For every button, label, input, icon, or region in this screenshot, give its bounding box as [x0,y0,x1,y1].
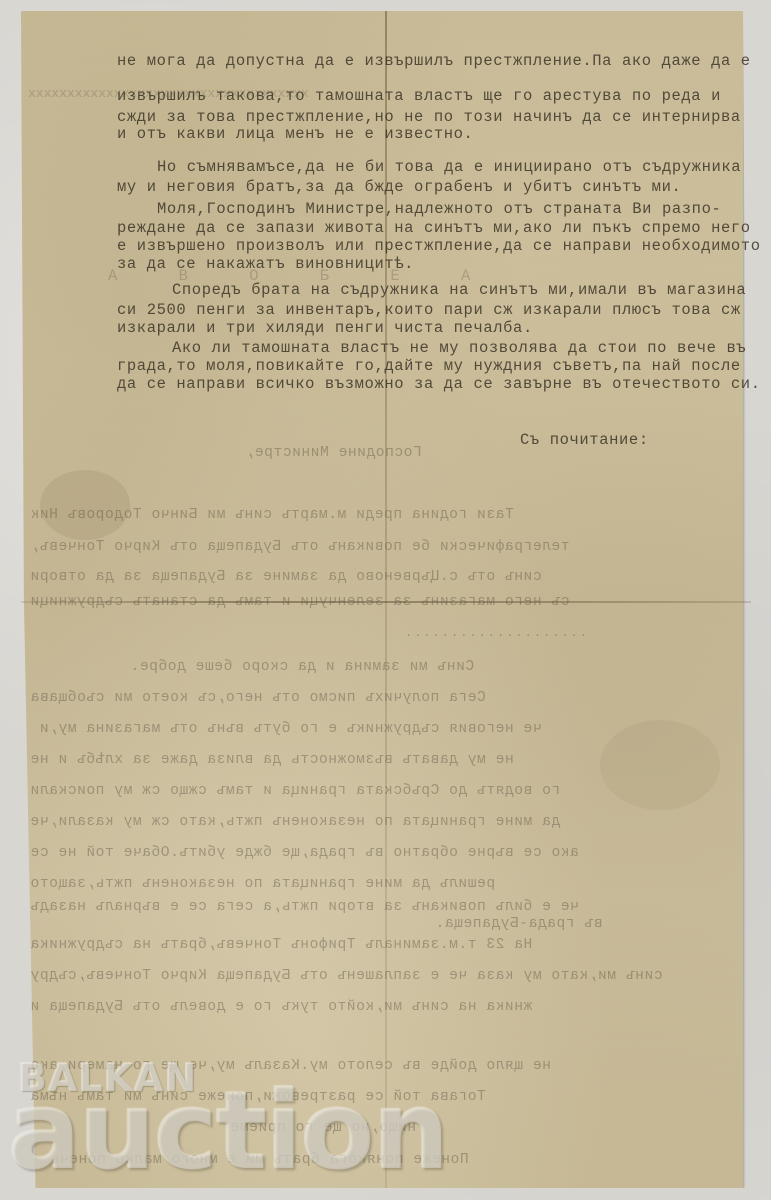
show-through-line: въ града-Будапеща. [435,916,602,932]
letter-line: Ако ли тамошната властъ не му позволява … [172,339,746,357]
watermark-auction: auction [8,1078,448,1186]
show-through-line: Тази година преди м.мартъ синъ ми Бинчо … [30,507,514,523]
letter-line: реждане да се запази живота на синътъ ми… [117,219,751,237]
show-through-line: ако се върне обратно въ града,ще бжде уб… [30,845,579,861]
letter-line: си 2500 пенги за инвентаръ,които пари сж… [117,301,741,319]
show-through-line: го водятъ до Сръбската граница и тамъ сж… [30,783,560,799]
show-through-line: На 23 т.м.заминалъ Трифонъ Тончевъ,братъ… [30,937,532,953]
letter-line: да се направи всичко възможно за да се з… [117,375,761,393]
dotted-line: .................... [405,626,589,640]
closing-salutation: Съ почитание: [520,431,649,449]
letter-line: Споредъ брата на съдружника на синътъ ми… [172,281,746,299]
show-through-line: Синъ ми замина и да скоро беше добре. [130,659,474,675]
letter-line: изкарали и три хиляди пенги чиста печалб… [117,319,533,337]
letter-line: извършилъ такова,то тамошната властъ ще … [117,87,721,105]
letter-line: е извършено произволъ или престжпление,д… [117,237,761,255]
show-through-line: че неговия съдружникъ е го бутъ вънъ отъ… [30,721,542,737]
show-through-line: да мине границата по незаконенъ пжть,кат… [30,814,560,830]
show-through-line: жника на синъ ми,който тукъ го е довелъ … [30,999,532,1015]
letter-line: Моля,Господинъ Министре,надлежното отъ с… [157,200,721,218]
show-through-line: решилъ да мине границата по незаконенъ п… [30,876,495,892]
letter-line: сжди за това престжпление,но не по този … [117,108,741,126]
letter-line: не мога да допустна да е извършилъ прест… [117,52,751,70]
letter-line: Но съмнявамъсе,да не би това да е иниции… [157,158,741,176]
show-through-line: не му даватъ възможность да влиза даже з… [30,752,514,768]
show-through-line: съ него магазинъ за зеленчуци и тамъ да … [30,594,569,610]
show-through-line: синъ отъ с.Цървеново да замине за Будапе… [30,569,542,585]
show-through-line: Сега получихъ писмо отъ него,съ което ми… [30,690,486,706]
letter-line: и отъ какви лица менъ не е известно. [117,125,473,143]
letter-line: му и неговия братъ,за да бжде ограбенъ и… [117,178,681,196]
letter-line: града,то моля,повикайте го,дайте му нужд… [117,357,741,375]
paper-stain [40,470,130,540]
show-through-line: Господине Министре, [245,445,422,461]
show-through-line: че е билъ повиканъ за втори пжть,а сега … [30,899,579,915]
show-through-line: синъ ми,като му каза че е заплашенъ отъ … [30,968,663,984]
paper-stain [600,720,720,810]
show-through-line: телеграфически бе повиканъ отъ Будапеща … [30,539,569,555]
